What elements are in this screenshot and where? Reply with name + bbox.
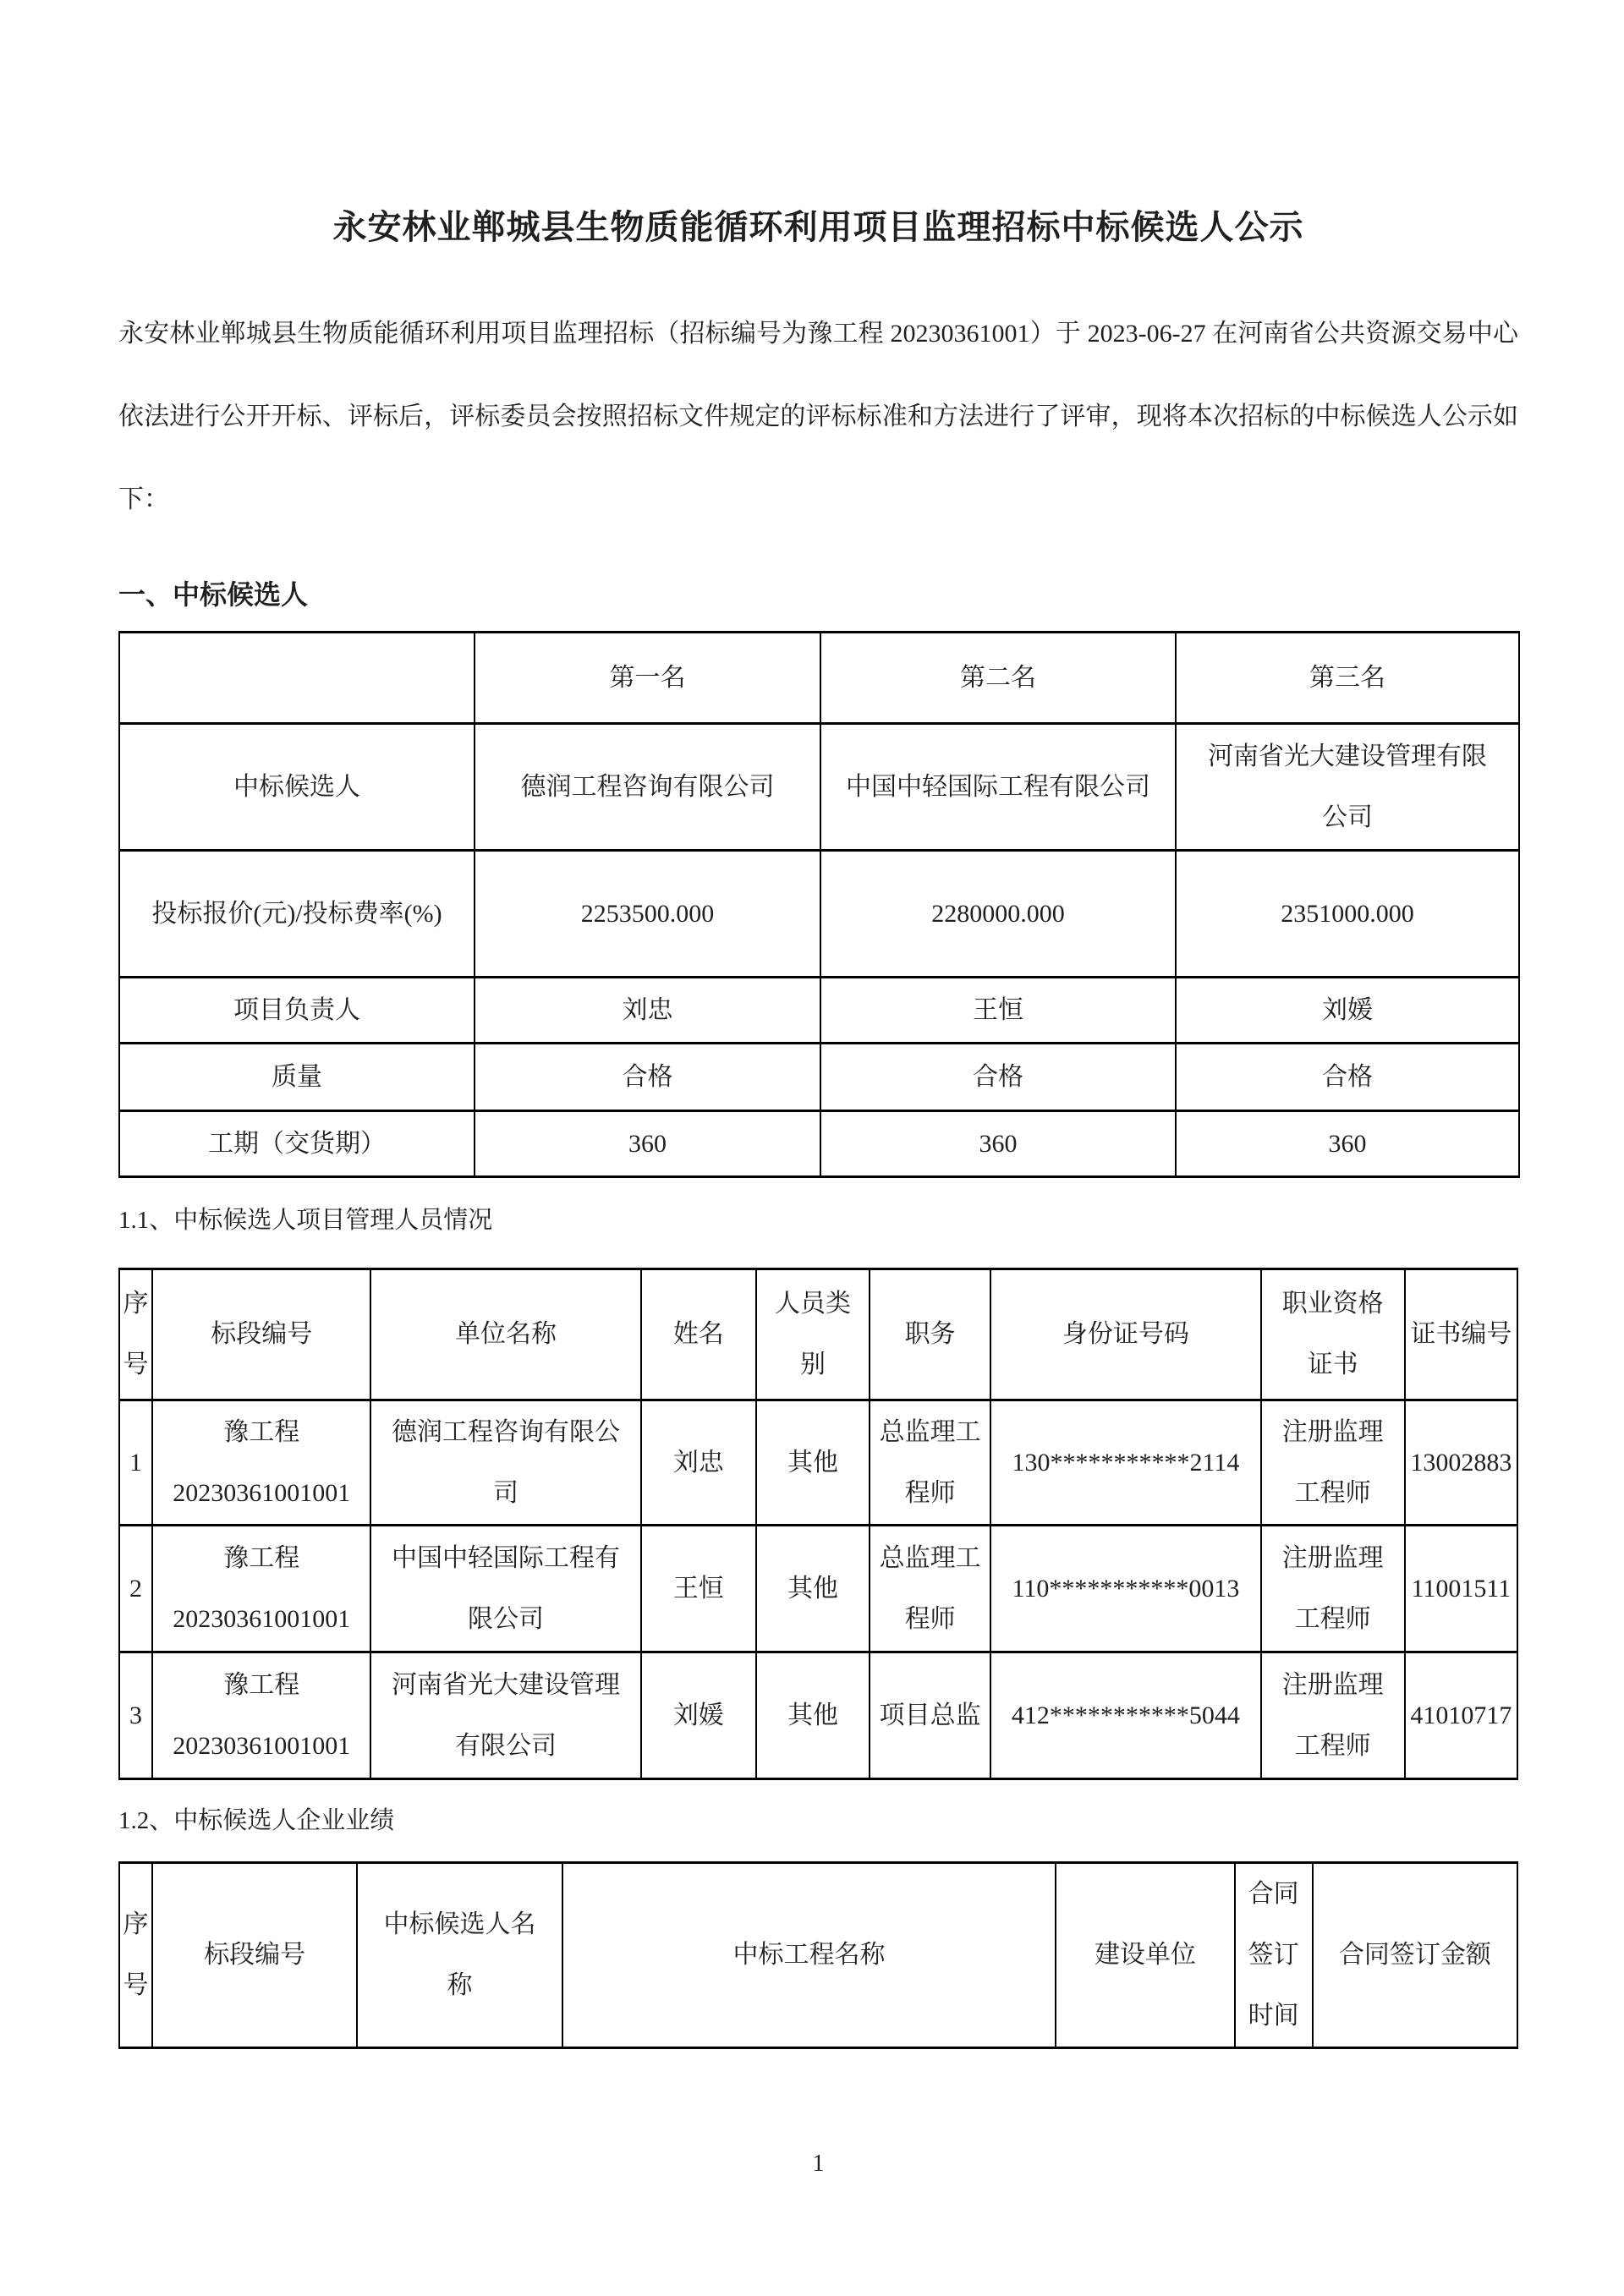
data-cell: 注册监理工程师 — [1261, 1400, 1405, 1526]
data-cell: 3 — [119, 1652, 152, 1779]
data-cell: 王恒 — [641, 1526, 756, 1652]
data-cell: 合格 — [820, 1044, 1176, 1111]
header-cell: 中标候选人名称 — [357, 1863, 562, 2048]
row-label-cell: 工期（交货期） — [119, 1111, 475, 1177]
data-cell: 41010717 — [1405, 1652, 1517, 1779]
header-cell: 合同签订金额 — [1313, 1863, 1517, 2048]
data-cell: 河南省光大建设管理有限公司 — [370, 1652, 640, 1779]
candidates-table: 第一名 第二名 第三名 中标候选人 德润工程咨询有限公司 中国中轻国际工程有限公… — [118, 631, 1520, 1178]
table-header-row: 序号 标段编号 单位名称 姓名 人员类别 职务 身份证号码 职业资格证书 证书编… — [119, 1269, 1517, 1400]
header-cell: 身份证号码 — [990, 1269, 1260, 1400]
header-cell: 第三名 — [1176, 633, 1519, 724]
header-cell: 序号 — [119, 1269, 152, 1400]
page-number: 1 — [118, 2149, 1518, 2179]
data-cell: 注册监理工程师 — [1261, 1526, 1405, 1652]
intro-paragraph: 永安林业郸城县生物质能循环利用项目监理招标（招标编号为豫工程 202303610… — [118, 293, 1518, 541]
data-cell: 注册监理工程师 — [1261, 1652, 1405, 1779]
table-row: 1 豫工程20230361001001 德润工程咨询有限公司 刘忠 其他 总监理… — [119, 1400, 1517, 1526]
data-cell: 1 — [119, 1400, 152, 1526]
section-heading-candidates: 一、中标候选人 — [118, 577, 1518, 612]
table-row: 2 豫工程20230361001001 中国中轻国际工程有限公司 王恒 其他 总… — [119, 1526, 1517, 1652]
data-cell: 360 — [1176, 1111, 1519, 1177]
table-row: 投标报价(元)/投标费率(%) 2253500.000 2280000.000 … — [119, 851, 1519, 978]
table-row: 项目负责人 刘忠 王恒 刘媛 — [119, 978, 1519, 1044]
data-cell: 刘忠 — [641, 1400, 756, 1526]
header-cell: 合同签订时间 — [1235, 1863, 1313, 2048]
data-cell: 其他 — [756, 1652, 870, 1779]
data-cell: 2280000.000 — [820, 851, 1176, 978]
row-label-cell: 投标报价(元)/投标费率(%) — [119, 851, 475, 978]
table-row: 中标候选人 德润工程咨询有限公司 中国中轻国际工程有限公司 河南省光大建设管理有… — [119, 724, 1519, 851]
row-label-cell: 中标候选人 — [119, 724, 475, 851]
header-cell: 单位名称 — [370, 1269, 640, 1400]
data-cell: 130***********2114 — [990, 1400, 1260, 1526]
header-cell: 姓名 — [641, 1269, 756, 1400]
section-heading-personnel: 1.1、中标候选人项目管理人员情况 — [118, 1203, 1518, 1237]
data-cell: 412***********5044 — [990, 1652, 1260, 1779]
row-label-cell: 项目负责人 — [119, 978, 475, 1044]
data-cell: 豫工程20230361001001 — [152, 1652, 370, 1779]
data-cell: 豫工程20230361001001 — [152, 1526, 370, 1652]
data-cell: 2253500.000 — [475, 851, 820, 978]
data-cell: 总监理工程师 — [870, 1526, 990, 1652]
header-cell: 职务 — [870, 1269, 990, 1400]
header-cell: 序号 — [119, 1863, 152, 2048]
row-label-cell: 质量 — [119, 1044, 475, 1111]
data-cell: 德润工程咨询有限公司 — [475, 724, 820, 851]
header-cell — [119, 633, 475, 724]
header-cell: 人员类别 — [756, 1269, 870, 1400]
data-cell: 2 — [119, 1526, 152, 1652]
header-cell: 中标工程名称 — [562, 1863, 1056, 2048]
performance-table: 序号 标段编号 中标候选人名称 中标工程名称 建设单位 合同签订时间 合同签订金… — [118, 1861, 1518, 2049]
document-page: 永安林业郸城县生物质能循环利用项目监理招标中标候选人公示 永安林业郸城县生物质能… — [0, 0, 1624, 2296]
header-cell: 第二名 — [820, 633, 1176, 724]
data-cell: 刘忠 — [475, 978, 820, 1044]
header-cell: 证书编号 — [1405, 1269, 1517, 1400]
header-cell: 标段编号 — [152, 1269, 370, 1400]
header-cell: 建设单位 — [1056, 1863, 1234, 2048]
data-cell: 110***********0013 — [990, 1526, 1260, 1652]
header-cell: 第一名 — [475, 633, 820, 724]
personnel-table: 序号 标段编号 单位名称 姓名 人员类别 职务 身份证号码 职业资格证书 证书编… — [118, 1268, 1518, 1780]
data-cell: 11001511 — [1405, 1526, 1517, 1652]
page-title: 永安林业郸城县生物质能循环利用项目监理招标中标候选人公示 — [118, 0, 1518, 254]
table-row: 3 豫工程20230361001001 河南省光大建设管理有限公司 刘媛 其他 … — [119, 1652, 1517, 1779]
data-cell: 河南省光大建设管理有限公司 — [1176, 724, 1519, 851]
table-row: 工期（交货期） 360 360 360 — [119, 1111, 1519, 1177]
data-cell: 2351000.000 — [1176, 851, 1519, 978]
data-cell: 其他 — [756, 1400, 870, 1526]
data-cell: 其他 — [756, 1526, 870, 1652]
table-header-row: 序号 标段编号 中标候选人名称 中标工程名称 建设单位 合同签订时间 合同签订金… — [119, 1863, 1517, 2048]
table-row: 质量 合格 合格 合格 — [119, 1044, 1519, 1111]
data-cell: 13002883 — [1405, 1400, 1517, 1526]
table-header-row: 第一名 第二名 第三名 — [119, 633, 1519, 724]
data-cell: 刘媛 — [641, 1652, 756, 1779]
data-cell: 360 — [475, 1111, 820, 1177]
data-cell: 合格 — [475, 1044, 820, 1111]
data-cell: 豫工程20230361001001 — [152, 1400, 370, 1526]
data-cell: 中国中轻国际工程有限公司 — [820, 724, 1176, 851]
data-cell: 王恒 — [820, 978, 1176, 1044]
header-cell: 标段编号 — [152, 1863, 357, 2048]
data-cell: 中国中轻国际工程有限公司 — [370, 1526, 640, 1652]
header-cell: 职业资格证书 — [1261, 1269, 1405, 1400]
data-cell: 德润工程咨询有限公司 — [370, 1400, 640, 1526]
data-cell: 项目总监 — [870, 1652, 990, 1779]
data-cell: 刘媛 — [1176, 978, 1519, 1044]
data-cell: 合格 — [1176, 1044, 1519, 1111]
data-cell: 360 — [820, 1111, 1176, 1177]
data-cell: 总监理工程师 — [870, 1400, 990, 1526]
section-heading-performance: 1.2、中标候选人企业业绩 — [118, 1804, 1518, 1838]
